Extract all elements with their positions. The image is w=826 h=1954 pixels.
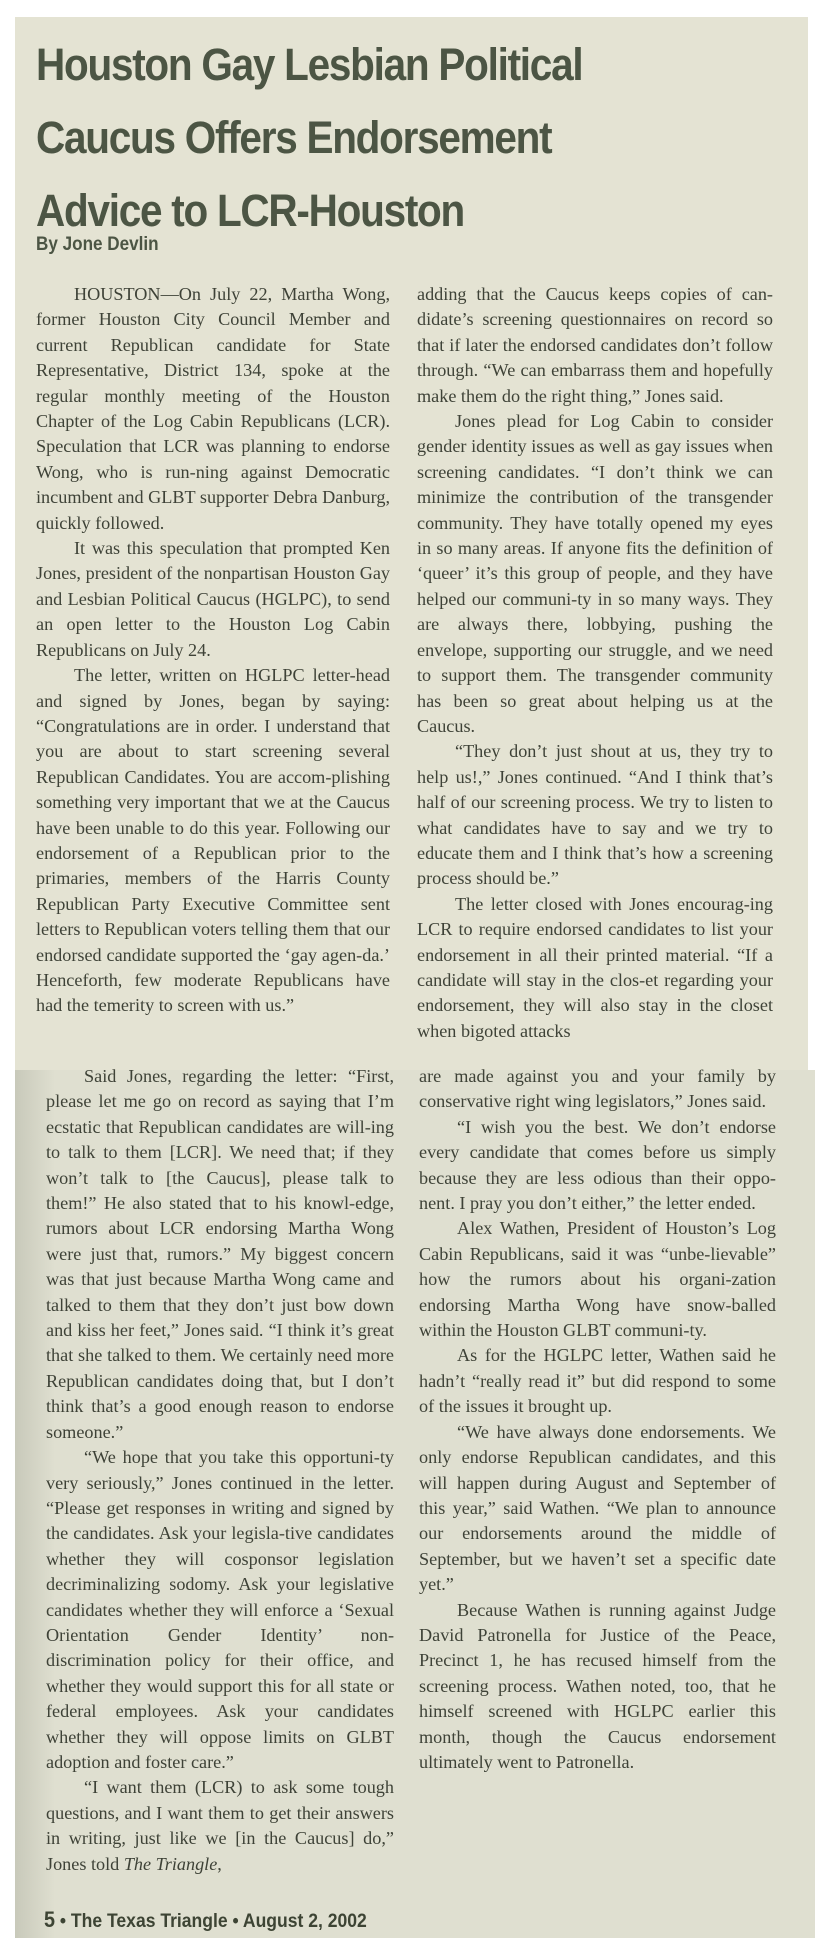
paragraph: “I wish you the best. We don’t endorse e…: [419, 1115, 776, 1217]
paragraph: Because Wathen is running against Judge …: [419, 1598, 776, 1776]
byline: By Jone Devlin: [36, 234, 159, 256]
paragraph: The letter closed with Jones encourag-in…: [417, 892, 773, 1044]
page-number: 5: [44, 1907, 55, 1932]
publication-name-italic: The Triangle: [124, 1854, 217, 1874]
headline-line-1: Houston Gay Lesbian Political: [36, 28, 720, 101]
paragraph: Jones plead for Log Cabin to consider ge…: [417, 409, 773, 739]
paragraph: As for the HGLPC letter, Wathen said he …: [419, 1343, 776, 1419]
bullet-separator: •: [60, 1910, 66, 1932]
paragraph: It was this speculation that prompted Ke…: [36, 536, 390, 663]
left-column-bottom: Said Jones, regarding the letter: “First…: [46, 1064, 394, 1877]
paragraph-continued: are made against you and your family by …: [419, 1064, 776, 1115]
paragraph: Alex Wathen, President of Houston’s Log …: [419, 1216, 776, 1343]
headline-line-2: Caucus Offers Endorsement: [36, 101, 720, 174]
paragraph: Said Jones, regarding the letter: “First…: [46, 1064, 394, 1445]
issue-date: August 2, 2002: [243, 1910, 367, 1932]
paragraph: “We have always done endorsements. We on…: [419, 1420, 776, 1598]
bullet-separator: •: [233, 1910, 239, 1932]
paragraph: “They don’t just shout at us, they try t…: [417, 739, 773, 891]
right-column-bottom: are made against you and your family by …: [419, 1064, 776, 1775]
publication-name: The Texas Triangle: [71, 1910, 228, 1932]
paragraph: The letter, written on HGLPC letter-head…: [36, 663, 390, 1019]
left-column-top: HOUSTON—On July 22, Martha Wong, former …: [36, 282, 390, 1019]
paragraph-continued: adding that the Caucus keeps copies of c…: [417, 282, 773, 409]
punctuation: ,: [217, 1854, 222, 1874]
paragraph: HOUSTON—On July 22, Martha Wong, former …: [36, 282, 390, 536]
right-column-top: adding that the Caucus keeps copies of c…: [417, 282, 773, 1044]
paragraph: “I want them (LCR) to ask some tough que…: [46, 1775, 394, 1877]
paragraph: “We hope that you take this opportuni-ty…: [46, 1445, 394, 1775]
page-footer: 5 • The Texas Triangle • August 2, 2002: [44, 1907, 367, 1933]
headline: Houston Gay Lesbian Political Caucus Off…: [36, 28, 720, 247]
